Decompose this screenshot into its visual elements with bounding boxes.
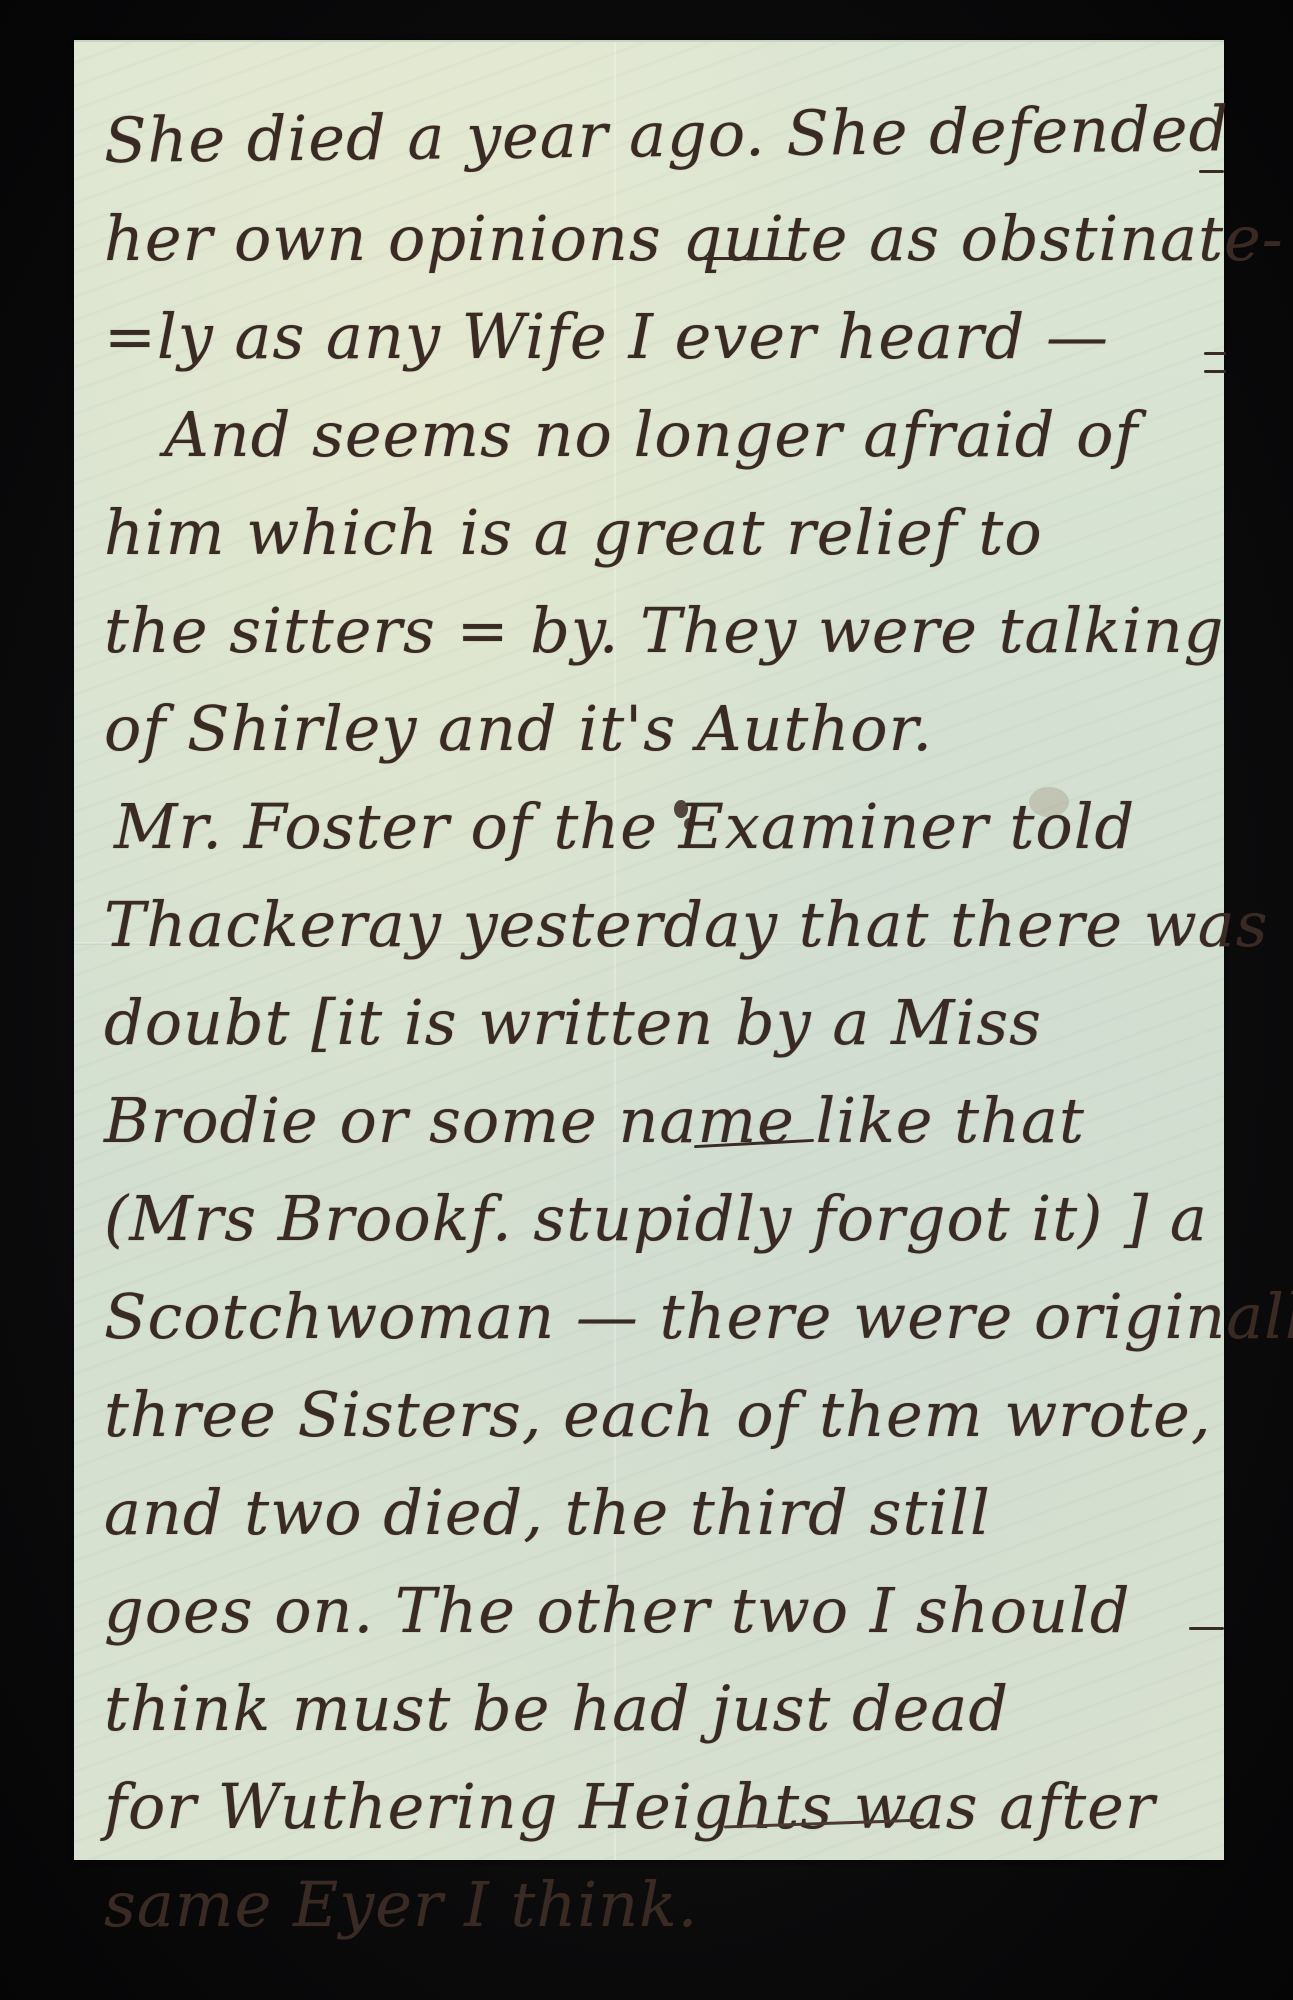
text-line: think must be had just dead — [104, 1660, 1204, 1758]
letter-page: She died a year ago. She defended her ow… — [74, 40, 1224, 1860]
text-line: the sitters = by. They were talking — [104, 582, 1204, 680]
margin-dash — [1199, 170, 1224, 173]
text-line: three Sisters, each of them wrote, — [104, 1366, 1204, 1464]
text-line: him which is a great relief to — [104, 484, 1204, 582]
text-line: doubt [it is written by a Miss — [104, 974, 1204, 1072]
margin-dash — [1204, 352, 1226, 355]
margin-dash — [1204, 370, 1226, 373]
underline-quite — [699, 257, 794, 260]
text-line: goes on. The other two I should — [104, 1562, 1204, 1660]
text-line: for Wuthering Heights was after — [104, 1758, 1204, 1856]
text-line: Brodie or some name like that — [104, 1072, 1204, 1170]
text-line: Mr. Foster of the Examiner told — [104, 778, 1204, 876]
text-line: of Shirley and it's Author. — [104, 680, 1204, 778]
text-line: =ly as any Wife I ever heard — — [104, 288, 1204, 386]
text-line: Thackeray yesterday that there was no — [104, 876, 1204, 974]
margin-dash — [1189, 1627, 1224, 1630]
text-line: her own opinions quite as obstinate- — [104, 190, 1204, 288]
text-line: and two died, the third still — [104, 1464, 1204, 1562]
text-line: Scotchwoman — there were originally — [104, 1268, 1204, 1366]
handwritten-text: She died a year ago. She defended her ow… — [104, 92, 1204, 1954]
text-line: And seems no longer afraid of — [104, 386, 1204, 484]
text-line: same Eyer I think. — [104, 1856, 704, 1954]
text-line: She died a year ago. She defended — [103, 80, 1204, 190]
text-line: (Mrs Brookf. stupidly forgot it) ] a — [104, 1170, 1204, 1268]
